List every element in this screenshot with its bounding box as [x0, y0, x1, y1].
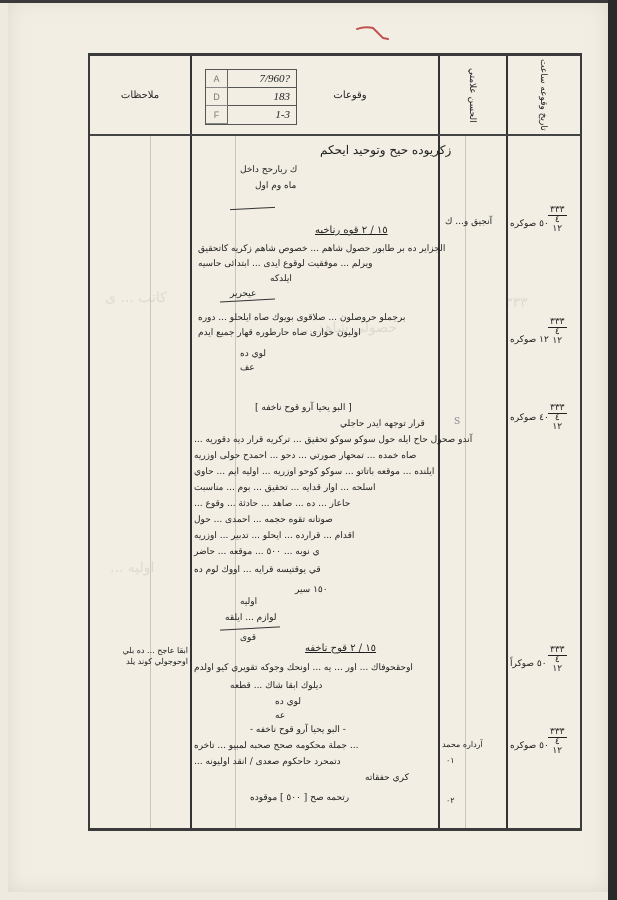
entry-3-signature: لوازم ... ايلقه	[225, 612, 276, 624]
entry-1-line: ايلدكه	[270, 273, 292, 285]
register-table: ملاحظات وقوعات الحسن علامتي تاريخ وقوعه …	[88, 53, 582, 831]
entry-4-line: ديلوك ابقا شاك ... قطعه	[230, 680, 322, 692]
entry-5-line: رتحمه صح [ ٥٠٠ ] موقوده	[250, 792, 349, 804]
entry-1-line: ك ربارحح داخل	[240, 164, 297, 176]
signature-rule	[230, 207, 275, 210]
entry-3-line: قرار توجهه ايدر حاجلي	[340, 418, 425, 430]
entry-5-line: ... جملة محكومه صحح صحبه لمبيو ... تاخره	[194, 740, 358, 752]
signature-rule	[220, 626, 280, 630]
entry-4-line: اوحقحوفاك ... اور ... يه ... اونحك وجوكه…	[194, 662, 413, 674]
entry-1-signature: عيحرير	[230, 288, 256, 300]
entry-3-signature: قوى	[240, 632, 256, 644]
header-notes: ملاحظات	[90, 56, 190, 134]
entry-2-date: ٣٣٣ ٤ ١٢	[548, 318, 567, 346]
signature-rule	[220, 299, 275, 303]
column-guide	[465, 134, 466, 828]
header-signs: الحسن علامتي	[440, 56, 504, 134]
entry-1-date: ٣٣٣ ٤ ١٢	[548, 206, 567, 234]
entry-5-line: دتمحرد حاحكوم صعدى / انقد اوليونه ...	[194, 756, 341, 768]
entry-4-time: ٥٠ صوكراً	[510, 658, 547, 670]
entry-3-line: آندو صحول حاح ايله حول سوكو سوكو تحقيق .…	[194, 434, 472, 446]
stamp-value-a: 7/960?	[228, 70, 296, 88]
header-date-time: تاريخ وقوعه ساعت	[508, 56, 578, 134]
entry-5-heading: - البو يحيا آرو قوح ناخفه -	[250, 724, 346, 736]
entry-2-line: اوليون حواری صاه حارطوره قهار جميع ايدم	[198, 327, 361, 339]
red-pencil-mark	[355, 20, 395, 42]
entry-5-line: كري حفقاته	[365, 772, 409, 784]
stamp-value-d: 183	[228, 88, 296, 106]
stamp-key-d: D	[206, 88, 228, 106]
column-divider	[190, 56, 192, 828]
entry-1-line: ويرلم ... موفقيت لوقوع ايدى ... ابتدائى …	[198, 258, 372, 270]
column-divider	[506, 56, 508, 828]
entry-3-line: اقدام ... قرارده ... ايحلو ... تدبير ...…	[194, 530, 354, 542]
entry-1-sign: آنجيق و... ك	[445, 216, 492, 228]
entry-5-sign-number: ٠٢	[446, 796, 455, 807]
entry-4-signature: لوي ده	[275, 696, 301, 708]
entry-5-time: ٥٠ صوكره	[510, 740, 549, 752]
entry-3-line: اسلحه ... اوار قدايه ... تحقيق ... بوم .…	[194, 482, 375, 494]
entry-1-title: زكريوده حيح وتوحيد ايحكم	[320, 142, 451, 158]
entry-3-line: صوتانه تقوه حجمه ... احمدى ... حول	[194, 514, 333, 526]
header-events: وقوعات	[305, 56, 395, 134]
stamp-key-f: F	[206, 106, 228, 124]
entry-1-line: الجزاير ده بر طابور حصول شاهم ... خصوص ش…	[198, 243, 445, 255]
entry-5-date: ٣٣٣ ٤ ١٢	[548, 728, 567, 756]
entry-2-time: ١٢ صوكره	[510, 334, 549, 346]
column-guide	[150, 134, 151, 828]
entry-2-line: برجملو حروصلون ... صلاقوى بويوك صاه ايلح…	[198, 312, 405, 324]
entry-3-heading: [ البو يحيا آرو قوح ناخفه ]	[255, 402, 352, 414]
stamp-key-a: A	[206, 70, 228, 88]
entry-2-signature: عف	[240, 362, 255, 374]
entry-3-signature: اوليه	[240, 596, 257, 608]
column-guide	[235, 134, 236, 828]
entry-3-line: حاعار ... ده ... صاهد ... حادثة ... وقوع…	[194, 498, 350, 510]
entry-3-time: ٤٠ صوكره	[510, 412, 549, 424]
entry-1-heading: ١٥ / ٢ قوه رناخيه	[315, 224, 388, 238]
entry-4-signature: عه	[275, 710, 285, 722]
entry-3-date: ٣٣٣ ٤ ١٢	[548, 404, 567, 432]
entry-4-date: ٣٣٣ ٤ ١٢	[548, 646, 567, 674]
entry-3-line: ي نوبه ... ٥٠٠ ... موقعه ... حاضر	[194, 546, 320, 558]
entry-3-line: قي يوقتيسه قرايه ... اووك لوم ده	[194, 564, 321, 576]
entry-3-line: صاه خمده ... تمحهار صورتي ... دحو ... اح…	[194, 450, 416, 462]
header-divider	[90, 134, 580, 136]
entry-2-signature: لوي ده	[240, 348, 266, 360]
entry-5-sign: آرداره محمد	[442, 740, 483, 751]
archive-reference-stamp: A 7/960? D 183 F 1-3	[205, 69, 297, 125]
entry-1-line: ماه وم اول	[255, 180, 296, 192]
scan-edge-right	[608, 0, 617, 900]
entry-3-signature: ١٥٠ سير	[295, 584, 328, 596]
entry-5-sign-number: ٠١	[446, 756, 455, 767]
stamp-value-f: 1-3	[228, 106, 296, 124]
entry-4-heading: ١٥ / ٢ قوح ناخفه	[305, 642, 376, 656]
entry-3-sign: S	[454, 416, 460, 428]
entry-4-note: ابقا عاجح ... ده بلي اوحوجولي كوند يلد	[93, 646, 188, 668]
entry-3-line: ايلنده ... موقعه باتاتو ... سوكو كوحو او…	[194, 466, 434, 478]
entry-1-time: ٥٠ صوكره	[510, 218, 549, 230]
scan-edge-top	[0, 0, 617, 3]
